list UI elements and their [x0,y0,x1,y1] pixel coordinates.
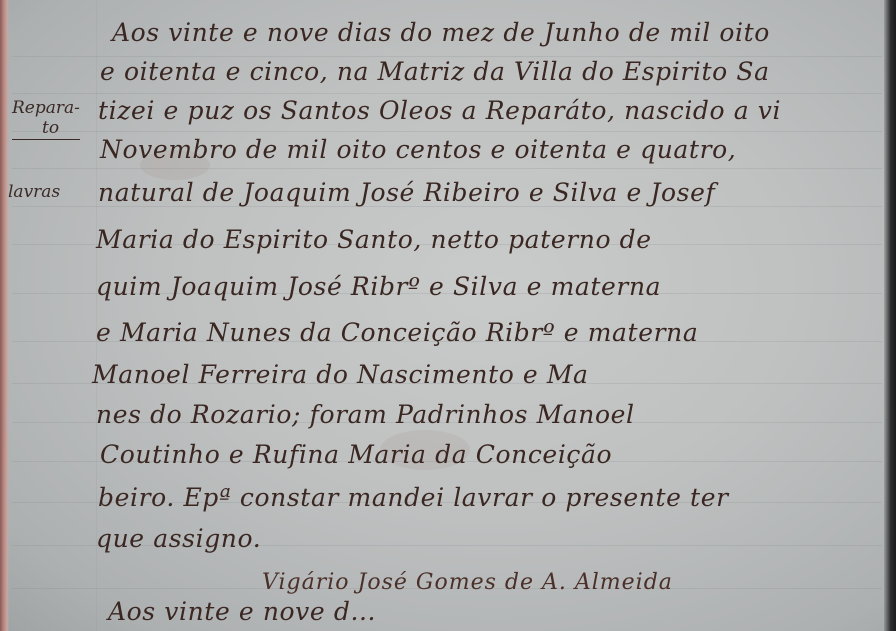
margin-note-line2: to [12,118,59,138]
text-line-10: nes do Rozario; foram Padrinhos Manoel [96,400,635,429]
text-line-12: beiro. Epª constar mandei lavrar o prese… [98,483,729,512]
text-line-9: Manoel Ferreira do Nascimento e Ma [92,360,589,389]
margin-note-lavras: lavras [8,182,60,202]
text-line-7: quim Joaquim José Ribrº e Silva e matern… [96,272,661,301]
margin-note-line1: Repara- [12,98,80,118]
text-line-13: que assigno. [96,524,261,553]
ruled-line [12,93,882,94]
text-line-1: Aos vinte e nove dias do mez de Junho de… [112,18,892,47]
book-gutter [884,0,896,631]
next-entry-start: Aos vinte e nove d... [108,597,376,626]
text-line-5: natural de Joaquim José Ribeiro e Silva … [98,178,715,207]
text-line-3: tizei e puz os Santos Oleos a Reparáto, … [98,96,781,125]
text-line-11: Coutinho e Rufina Maria da Conceição [100,440,612,469]
manuscript-page: Repara- to lavras Aos vinte e nove dias … [0,0,896,631]
ruled-line [12,131,882,132]
text-line-4: Novembro de mil oito centos e oitenta e … [100,135,736,164]
text-line-6: Maria do Espirito Santo, netto paterno d… [96,225,652,254]
text-line-2: e oitenta e cinco, na Matriz da Villa do… [100,57,770,86]
binding-margin [0,0,9,631]
priest-signature: Vigário José Gomes de A. Almeida [262,570,673,595]
text-line-8: e Maria Nunes da Conceição Ribrº e mater… [96,318,698,347]
margin-note-name: Repara- to [12,98,80,140]
